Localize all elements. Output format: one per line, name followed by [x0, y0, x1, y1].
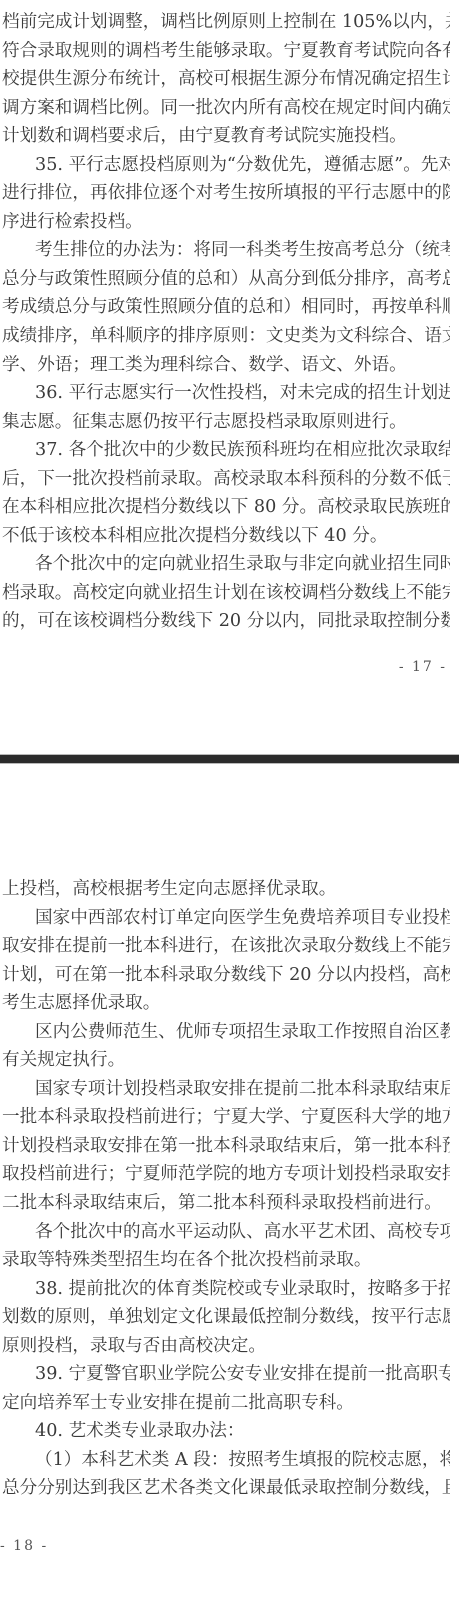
text-line: 二批本科录取结束后，第二批本科预科录取投档前进行。 — [2, 1189, 450, 1218]
text-line: 档前完成计划调整，调档比例原则上控制在 105%以内，并确保 — [2, 8, 450, 37]
text-line: 符合录取规则的调档考生能够录取。宁夏教育考试院向各有关高 — [2, 37, 450, 66]
page-number: - 18 - — [0, 1538, 48, 1554]
text-line: 取投档前进行；宁夏师范学院的地方专项计划投档录取安排在第 — [2, 1160, 450, 1189]
text-line: 成绩排序，单科顺序的排序原则：文史类为文科综合、语文、数 — [2, 322, 450, 351]
text-line: 划数的原则，单独划定文化课最低控制分数线，按平行志愿投档 — [2, 1303, 450, 1332]
text-line: 总分分别达到我区艺术各类文化课最低录取控制分数线，且艺术 — [2, 1474, 450, 1503]
page-number: - 17 - — [399, 659, 447, 675]
text-line: 区内公费师范生、优师专项招生录取工作按照自治区教育厅 — [2, 1018, 450, 1047]
text-line: 集志愿。征集志愿仍按平行志愿投档录取原则进行。 — [2, 408, 450, 437]
text-line: 后，下一批次投档前录取。高校录取本科预科的分数不低于该校 — [2, 465, 450, 494]
text-line: 37. 各个批次中的少数民族预科班均在相应批次录取结束 — [2, 436, 450, 465]
text-line: 定向培养军士专业安排在提前二批高职专科。 — [2, 1389, 450, 1418]
text-line: 计划数和调档要求后，由宁夏教育考试院实施投档。 — [2, 122, 450, 151]
text-line: 一批本科录取投档前进行；宁夏大学、宁夏医科大学的地方专项 — [2, 1103, 450, 1132]
text-line: 进行排位，再依排位逐个对考生按所填报的平行志愿中的院校顺 — [2, 179, 450, 208]
text-line: 学、外语；理工类为理科综合、数学、语文、外语。 — [2, 351, 450, 380]
text-line: 考生志愿择优录取。 — [2, 989, 450, 1018]
text-line: 档录取。高校定向就业招生计划在该校调档分数线上不能完成 — [2, 579, 450, 608]
page-divider — [0, 754, 459, 764]
text-line: 35. 平行志愿投档原则为“分数优先，遵循志愿”。先对考生 — [2, 151, 450, 180]
text-line: 调方案和调档比例。同一批次内所有高校在规定时间内确定调整 — [2, 94, 450, 123]
text-line: 录取等特殊类型招生均在各个批次投档前录取。 — [2, 1246, 450, 1275]
text-line: 序进行检索投档。 — [2, 208, 450, 237]
text-line: 原则投档，录取与否由高校决定。 — [2, 1332, 450, 1361]
document-page-18: 上投档，高校根据考生定向志愿择优录取。国家中西部农村订单定向医学生免费培养项目专… — [0, 764, 459, 1600]
text-line: 国家中西部农村订单定向医学生免费培养项目专业投档录 — [2, 904, 450, 933]
text-line: 在本科相应批次提档分数线以下 80 分。高校录取民族班的分数 — [2, 493, 450, 522]
text-line: 国家专项计划投档录取安排在提前二批本科录取结束后，第 — [2, 1075, 450, 1104]
text-line: 39. 宁夏警官职业学院公安专业安排在提前一批高职专科， — [2, 1360, 450, 1389]
text-line: 上投档，高校根据考生定向志愿择优录取。 — [2, 875, 450, 904]
text-line: 不低于该校本科相应批次提档分数线以下 40 分。 — [2, 522, 450, 551]
text-line: 各个批次中的高水平运动队、高水平艺术团、高校专项计划 — [2, 1218, 450, 1247]
text-line: 考生排位的办法为：将同一科类考生按高考总分（统考成绩 — [2, 236, 450, 265]
text-line: 取安排在提前一批本科进行，在该批次录取分数线上不能完成的 — [2, 932, 450, 961]
document-page-17: 档前完成计划调整，调档比例原则上控制在 105%以内，并确保符合录取规则的调档考… — [0, 0, 459, 754]
text-line: 计划投档录取安排在第一批本科录取结束后，第一批本科预科录 — [2, 1132, 450, 1161]
text-line: 的，可在该校调档分数线下 20 分以内，同批录取控制分数线以 — [2, 607, 450, 636]
text-line: 38. 提前批次的体育类院校或专业录取时，按略多于招生计 — [2, 1275, 450, 1304]
text-line: 36. 平行志愿实行一次性投档，对未完成的招生计划进行征 — [2, 379, 450, 408]
text-line: 校提供生源分布统计，高校可根据生源分布情况确定招生计划微 — [2, 65, 450, 94]
text-line: 总分与政策性照顾分值的总和）从高分到低分排序，高考总分（统 — [2, 265, 450, 294]
text-line: 考成绩总分与政策性照顾分值的总和）相同时，再按单科顺序及 — [2, 293, 450, 322]
text-line: （1）本科艺术类 A 段：按照考生填报的院校志愿，将高考 — [2, 1446, 450, 1475]
page-body: 上投档，高校根据考生定向志愿择优录取。国家中西部农村订单定向医学生免费培养项目专… — [2, 875, 450, 1503]
text-line: 计划，可在第一批本科录取分数线下 20 分以内投档，高校根据 — [2, 961, 450, 990]
text-line: 40. 艺术类专业录取办法： — [2, 1417, 450, 1446]
page-body: 档前完成计划调整，调档比例原则上控制在 105%以内，并确保符合录取规则的调档考… — [2, 8, 450, 636]
text-line: 有关规定执行。 — [2, 1046, 450, 1075]
text-line: 各个批次中的定向就业招生录取与非定向就业招生同时投 — [2, 550, 450, 579]
